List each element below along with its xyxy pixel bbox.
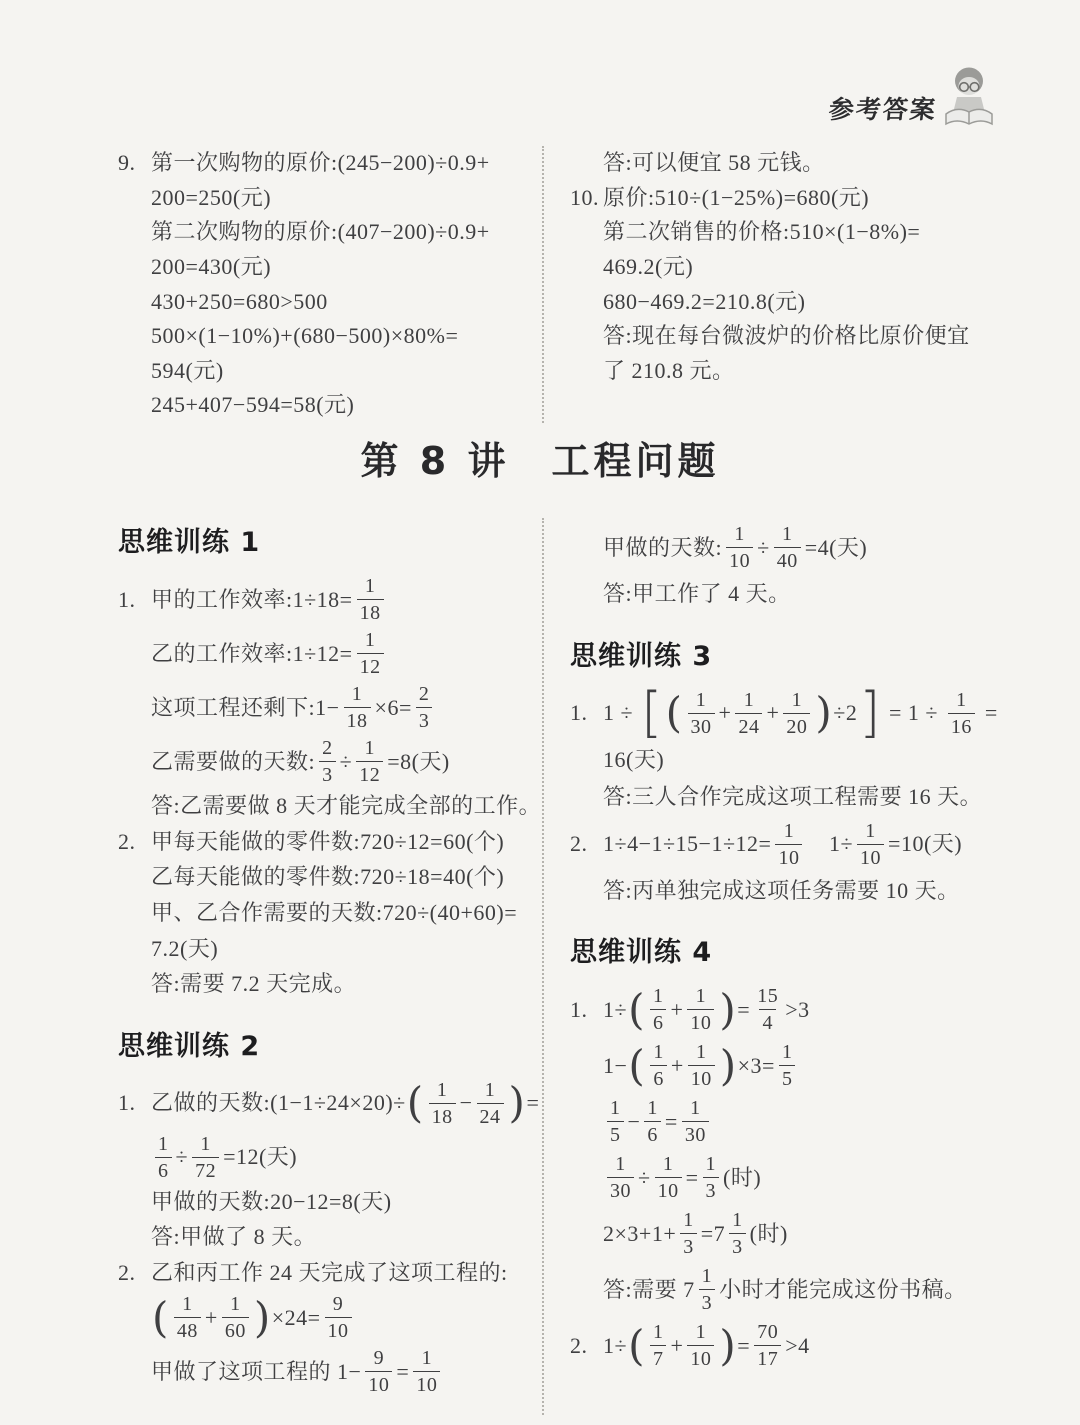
math-text: = [979,698,998,728]
math-text: 7.2(天) [151,934,218,964]
math-text: + [671,1051,684,1081]
fraction: 110 [688,1041,715,1090]
solution-item-first-line: 1.1 ÷ [(130+124+120)÷2] = 1 ÷ 116 = [570,687,998,740]
denominator: 40 [774,547,801,572]
math-text: =7 [701,1219,725,1249]
denominator: 24 [735,713,762,738]
item-number: 2. [570,1331,588,1361]
solution-line: 答:三人合作完成这项工程需要 16 天。 [570,780,998,815]
fraction: 130 [682,1097,709,1146]
fraction: 16 [155,1133,172,1182]
denominator: 10 [655,1177,682,1202]
fraction: 140 [774,523,801,572]
numerator: 1 [419,1347,436,1371]
numerator: 1 [731,523,748,547]
solution-item-first-line: 1.甲的工作效率:1÷18=118 [118,573,542,626]
numerator: 1 [644,1097,661,1121]
math-text: ÷ [340,747,353,777]
denominator: 10 [413,1371,440,1396]
math-text: 甲、乙合作需要的天数:720÷(40+60)= [151,898,517,928]
math-text: 了 210.8 元。 [603,356,735,386]
denominator: 3 [699,1289,716,1314]
big-paren: ) [719,1327,736,1365]
solution-line: 答:需要 7.2 天完成。 [118,967,542,1002]
fraction: 118 [357,575,384,624]
math-text: =12(天) [223,1142,297,1172]
student-reading-book-icon [942,64,996,135]
denominator: 10 [687,1009,714,1034]
item-number: 1. [570,995,588,1025]
solution-line: 答:丙单独完成这项任务需要 10 天。 [570,874,998,909]
numerator: 1 [361,737,378,761]
fraction: 110 [413,1347,440,1396]
solution-line: 7.2(天) [118,931,542,966]
solution-line: 答:乙需要做 8 天才能完成全部的工作。 [118,789,542,824]
denominator: 30 [607,1177,634,1202]
numerator: 1 [693,1041,710,1065]
solution-line: 第二次购物的原价:(407−200)÷0.9+ [118,215,542,250]
solution-line: 200=250(元) [118,181,542,216]
math-text: 答:甲工作了 4 天。 [603,579,791,609]
math-text: >4 [785,1331,809,1361]
fraction: 23 [319,737,336,786]
math-text [806,829,829,859]
solution-line: 答:需要 713小时才能完成这份书稿。 [570,1263,998,1316]
denominator: 10 [857,844,884,869]
fraction: 13 [680,1209,697,1258]
fraction: 110 [655,1153,682,1202]
top-left-column: 9.第一次购物的原价:(245−200)÷0.9+200=250(元)第二次购物… [118,146,542,423]
solution-line: 1−(16+110)×3=15 [570,1039,998,1092]
solution-line: 这项工程还剩下:1−118×6=23 [118,681,542,734]
math-text: ÷ [176,1142,189,1172]
solution-line: 680−469.2=210.8(元) [570,284,998,319]
solution-item-first-line: 10.原价:510÷(1−25%)=680(元) [570,181,998,216]
math-text: 答:需要 7 [603,1275,695,1305]
training-heading: 思维训练 4 [570,930,998,969]
math-text: 这项工程还剩下:1− [151,693,340,723]
solution-line: 乙需要做的天数:23÷112=8(天) [118,735,542,788]
fraction: 120 [783,689,810,738]
page-header: 参考答案 [829,64,996,135]
denominator: 6 [650,1009,667,1034]
math-text: = 1 ÷ [883,698,944,728]
numerator: 1 [699,1265,716,1289]
fraction: 116 [948,689,975,738]
denominator: 3 [416,707,433,732]
math-text: = [686,1163,699,1193]
numerator: 1 [482,1079,499,1103]
numerator: 9 [371,1347,388,1371]
numerator: 1 [650,1321,667,1345]
main-right-column: 甲做的天数:110÷140=4(天)答:甲工作了 4 天。思维训练 31.1 ÷… [544,518,998,1415]
solution-line: 469.2(元) [570,250,998,285]
denominator: 3 [319,761,336,786]
fraction: 110 [726,523,753,572]
solution-line: (148+160)×24=910 [118,1291,542,1344]
numerator: 1 [362,575,379,599]
solution-line: 了 210.8 元。 [570,354,998,389]
numerator: 1 [197,1133,214,1157]
math-text: 原价:510÷(1−25%)=680(元) [603,183,869,213]
solution-line: 答:甲工作了 4 天。 [570,577,998,612]
numerator: 1 [179,1293,196,1317]
solution-line: 2×3+1+13=713(时) [570,1207,998,1260]
fraction: 13 [729,1209,746,1258]
solution-line: 15−16=130 [570,1095,998,1148]
fraction: 110 [687,1321,714,1370]
math-text: + [205,1303,218,1333]
math-text: =8(天) [387,747,450,777]
math-text: ×6= [375,693,412,723]
big-paren: ( [407,1084,424,1122]
math-text: + [766,698,779,728]
fraction: 112 [357,629,384,678]
denominator: 12 [356,761,383,786]
numerator: 1 [680,1209,697,1233]
solution-line: 245+407−594=58(元) [118,388,542,423]
main-left-column: 思维训练 11.甲的工作效率:1÷18=118乙的工作效率:1÷12=112这项… [118,518,542,1415]
math-text: 1÷4−1÷15−1÷12= [603,829,771,859]
math-text: 甲每天能做的零件数:720÷12=60(个) [151,827,504,857]
numerator: 1 [693,985,710,1009]
fraction: 118 [344,683,371,732]
big-paren: ) [720,1047,737,1085]
solution-line: 答:甲做了 8 天。 [118,1220,542,1255]
denominator: 18 [357,599,384,624]
solution-line: 130÷110=13(时) [570,1151,998,1204]
big-paren: ( [152,1299,169,1337]
math-text: ÷2 [833,698,857,728]
numerator: 70 [754,1321,781,1345]
item-number: 9. [118,148,136,178]
solution-item-first-line: 1.1÷(16+110)=154>3 [570,983,998,1036]
math-text: + [719,698,732,728]
denominator: 6 [644,1121,661,1146]
numerator: 1 [650,985,667,1009]
solution-item-first-line: 2.甲每天能做的零件数:720÷12=60(个) [118,825,542,860]
math-text: = [737,1331,750,1361]
numerator: 1 [953,689,970,713]
math-text: =10(天) [888,829,962,859]
math-text: + [670,1331,683,1361]
math-text: 1÷ [829,829,853,859]
solution-item-first-line: 9.第一次购物的原价:(245−200)÷0.9+ [118,146,542,181]
solution-line: 16(天) [570,743,998,778]
fraction: 16 [650,985,667,1034]
top-answers-section: 9.第一次购物的原价:(245−200)÷0.9+200=250(元)第二次购物… [118,146,998,423]
fraction: 15 [779,1041,796,1090]
denominator: 24 [477,1103,504,1128]
denominator: 60 [222,1317,249,1342]
item-number: 1. [118,1088,136,1118]
denominator: 10 [775,844,802,869]
solution-line: 答:可以便宜 58 元钱。 [570,146,998,181]
denominator: 30 [682,1121,709,1146]
math-text: 200=430(元) [151,252,271,282]
item-number: 10. [570,183,599,213]
fraction: 148 [174,1293,201,1342]
lecture-answers-section: 思维训练 11.甲的工作效率:1÷18=118乙的工作效率:1÷12=112这项… [118,518,998,1415]
math-text: 乙每天能做的零件数:720÷18=40(个) [151,862,504,892]
math-text: ×3= [738,1051,775,1081]
numerator: 1 [781,820,798,844]
math-text: 小时才能完成这份书稿。 [719,1275,967,1305]
numerator: 1 [862,820,879,844]
math-text: 答:需要 7.2 天完成。 [151,969,356,999]
numerator: 1 [789,689,806,713]
math-text: 答:甲做了 8 天。 [151,1222,316,1252]
fraction: 15 [607,1097,624,1146]
math-text: 16(天) [603,745,664,775]
math-text: 469.2(元) [603,252,693,282]
math-text: = [396,1357,409,1387]
math-text: 1÷ [603,995,627,1025]
item-number: 1. [118,585,136,615]
training-heading: 思维训练 2 [118,1024,542,1063]
solution-line: 甲做的天数:110÷140=4(天) [570,521,998,574]
numerator: 1 [693,1321,710,1345]
numerator: 1 [729,1209,746,1233]
math-text: 594(元) [151,356,224,386]
training-heading: 思维训练 1 [118,520,542,559]
numerator: 1 [693,689,710,713]
math-text: (时) [750,1219,788,1249]
numerator: 1 [703,1153,720,1177]
big-paren: ) [815,694,832,732]
math-text: 500×(1−10%)+(680−500)×80%= [151,321,458,351]
math-text: (时) [723,1163,761,1193]
denominator: 3 [703,1177,720,1202]
answer-book-page: 参考答案 9.第一次购物的原价:(245−200)÷0.9+200=250(元)… [0,0,1080,1425]
solution-line: 答:现在每台微波炉的价格比原价便宜 [570,319,998,354]
numerator: 2 [416,683,433,707]
math-text: 乙的工作效率:1÷12= [151,639,353,669]
fraction: 23 [416,683,433,732]
math-text: 第二次购物的原价:(407−200)÷0.9+ [151,217,490,247]
math-text: 答:三人合作完成这项工程需要 16 天。 [603,782,982,812]
numerator: 1 [650,1041,667,1065]
numerator: 1 [362,629,379,653]
numerator: 15 [754,985,781,1009]
denominator: 6 [650,1065,667,1090]
denominator: 5 [779,1065,796,1090]
fraction: 16 [644,1097,661,1146]
fraction: 124 [735,689,762,738]
denominator: 3 [729,1233,746,1258]
numerator: 2 [319,737,336,761]
fraction: 118 [429,1079,456,1128]
fraction: 16 [650,1041,667,1090]
math-text: 245+407−594=58(元) [151,390,354,420]
math-text: 答:现在每台微波炉的价格比原价便宜 [603,321,970,351]
numerator: 1 [607,1097,624,1121]
numerator: 1 [434,1079,451,1103]
math-text: 乙和丙工作 24 天完成了这项工程的: [151,1258,508,1288]
math-text: =4(天) [805,533,868,563]
math-text: 1÷ [603,1331,627,1361]
math-text: ÷ [638,1163,651,1193]
math-text: 200=250(元) [151,183,271,213]
big-paren: ( [666,694,683,732]
math-text: ÷ [757,533,770,563]
numerator: 1 [227,1293,244,1317]
solution-item-first-line: 1.乙做的天数:(1−1÷24×20)÷(118−124)= [118,1077,542,1130]
denominator: 72 [192,1157,219,1182]
solution-line: 500×(1−10%)+(680−500)×80%= [118,319,542,354]
math-text: = [737,995,750,1025]
denominator: 20 [783,713,810,738]
math-text: = [665,1107,678,1137]
solution-line: 甲做的天数:20−12=8(天) [118,1185,542,1220]
math-text: 1 ÷ [603,698,639,728]
item-number: 2. [118,827,136,857]
numerator: 9 [330,1293,347,1317]
fraction: 154 [754,985,781,1034]
math-text: 答:乙需要做 8 天才能完成全部的工作。 [151,791,541,821]
fraction: 160 [222,1293,249,1342]
numerator: 1 [349,683,366,707]
solution-item-first-line: 2.1÷(17+110)=7017>4 [570,1319,998,1372]
training-heading: 思维训练 3 [570,634,998,673]
solution-line: 乙的工作效率:1÷12=112 [118,627,542,680]
denominator: 10 [726,547,753,572]
denominator: 10 [687,1345,714,1370]
math-text: 答:丙单独完成这项任务需要 10 天。 [603,876,960,906]
numerator: 1 [687,1097,704,1121]
denominator: 12 [357,653,384,678]
math-text: 2×3+1+ [603,1219,676,1249]
denominator: 5 [607,1121,624,1146]
solution-line: 16÷172=12(天) [118,1131,542,1184]
math-text: 430+250=680>500 [151,287,328,317]
big-paren: ( [628,1047,645,1085]
math-text: − [628,1107,641,1137]
math-text: >3 [785,995,809,1025]
item-number: 1. [570,698,588,728]
solution-line: 594(元) [118,354,542,389]
math-text: 甲做了这项工程的 1− [151,1357,361,1387]
math-text: 1− [603,1051,627,1081]
fraction: 110 [857,820,884,869]
solution-line: 430+250=680>500 [118,284,542,319]
fraction: 124 [477,1079,504,1128]
math-text: 乙做的天数:(1−1÷24×20)÷ [151,1088,406,1118]
numerator: 1 [779,1041,796,1065]
big-paren: ( [628,991,645,1029]
denominator: 48 [174,1317,201,1342]
math-text: = [526,1088,539,1118]
math-text: 第一次购物的原价:(245−200)÷0.9+ [151,148,490,178]
fraction: 172 [192,1133,219,1182]
numerator: 1 [660,1153,677,1177]
denominator: 18 [429,1103,456,1128]
fraction: 910 [365,1347,392,1396]
item-number: 2. [118,1258,136,1288]
reference-answers-label: 参考答案 [827,90,939,126]
math-text: 第二次销售的价格:510×(1−8%)= [603,217,920,247]
solution-item-first-line: 2.乙和丙工作 24 天完成了这项工程的: [118,1256,542,1291]
numerator: 1 [155,1133,172,1157]
fraction: 13 [699,1265,716,1314]
solution-line: 甲、乙合作需要的天数:720÷(40+60)= [118,896,542,931]
math-text: 乙需要做的天数: [151,747,315,777]
fraction: 110 [775,820,802,869]
fraction: 13 [703,1153,720,1202]
fraction: 7017 [754,1321,781,1370]
denominator: 30 [688,713,715,738]
top-right-column: 答:可以便宜 58 元钱。10.原价:510÷(1−25%)=680(元)第二次… [544,146,998,423]
denominator: 4 [759,1009,776,1034]
big-paren: ) [509,1084,526,1122]
solution-item-first-line: 2.1÷4−1÷15−1÷12=110 1÷110=10(天) [570,818,998,871]
math-text: ×24= [272,1303,321,1333]
fraction: 130 [607,1153,634,1202]
solution-line: 乙每天能做的零件数:720÷18=40(个) [118,860,542,895]
big-paren: ) [719,991,736,1029]
denominator: 10 [688,1065,715,1090]
item-number: 2. [570,829,588,859]
fraction: 130 [688,689,715,738]
math-text: 甲的工作效率:1÷18= [151,585,353,615]
denominator: 18 [344,707,371,732]
solution-line: 200=430(元) [118,250,542,285]
fraction: 17 [650,1321,667,1370]
math-text: − [460,1088,473,1118]
math-text: 甲做的天数:20−12=8(天) [151,1187,392,1217]
denominator: 16 [948,713,975,738]
solution-line: 甲做了这项工程的 1−910=110 [118,1345,542,1398]
fraction: 112 [356,737,383,786]
denominator: 7 [650,1345,667,1370]
numerator: 1 [779,523,796,547]
fraction: 910 [325,1293,352,1342]
big-bracket: [ [641,690,663,736]
big-bracket: ] [859,690,881,736]
numerator: 1 [612,1153,629,1177]
math-text: 680−469.2=210.8(元) [603,287,805,317]
big-paren: ) [254,1299,271,1337]
denominator: 17 [754,1345,781,1370]
lecture-title: 第 8 讲 工程问题 [0,430,1080,485]
numerator: 1 [741,689,758,713]
denominator: 10 [365,1371,392,1396]
denominator: 6 [155,1157,172,1182]
solution-line: 第二次销售的价格:510×(1−8%)= [570,215,998,250]
denominator: 10 [325,1317,352,1342]
math-text: + [670,995,683,1025]
big-paren: ( [628,1327,645,1365]
math-text: 甲做的天数: [603,533,722,563]
fraction: 110 [687,985,714,1034]
math-text: 答:可以便宜 58 元钱。 [603,148,825,178]
denominator: 3 [680,1233,697,1258]
